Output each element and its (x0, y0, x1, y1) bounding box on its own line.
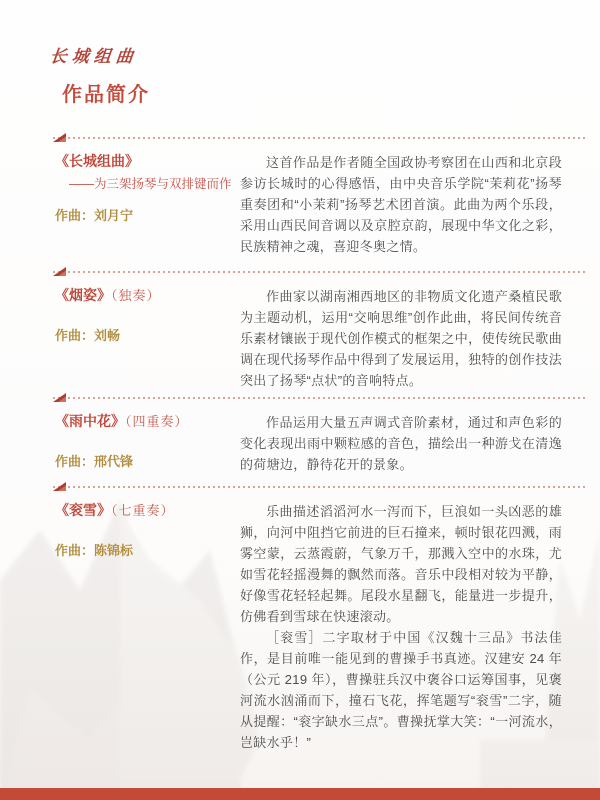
work-subtitle: ——为三架扬琴与双排键而作 (55, 176, 240, 192)
brand-logo: 长城组曲 (49, 42, 140, 67)
corner-mark-icon (53, 393, 67, 403)
work-ensemble-label: （四重奏） (125, 414, 189, 429)
description-paragraph: 乐曲描述滔滔河水一泻而下，巨浪如一头凶恶的雄狮，向河中阻挡它前进的巨石撞来，顿时… (240, 501, 562, 627)
section-divider (53, 486, 585, 488)
work-description: 这首作品是作者随全国政协考察团在山西和北京段参访长城时的心得感悟，由中央音乐学院… (240, 152, 585, 257)
corner-mark-icon (53, 482, 67, 492)
work-description: 作曲家以湖南湘西地区的非物质文化遗产桑植民歌为主题动机，运用“交响思维”创作此曲… (240, 286, 585, 391)
section-divider (53, 397, 585, 399)
work-section-changcheng-zuqu: 《长城组曲》 ——为三架扬琴与双排键而作 作曲：刘月宁 这首作品是作者随全国政协… (53, 137, 585, 271)
description-paragraph: ［衮雪］二字取材于中国《汉魏十三品》书法佳作，是目前唯一能见到的曹操手书真迹。汉… (240, 627, 562, 753)
work-description: 乐曲描述滔滔河水一泻而下，巨浪如一头凶恶的雄狮，向河中阻挡它前进的巨石撞来，顿时… (240, 501, 585, 753)
composer-label: 作曲：刘月宁 (55, 205, 240, 224)
work-description: 作品运用大量五声调式音阶素材，通过和声色彩的变化表现出雨中颗粒感的音色，描绘出一… (240, 412, 585, 475)
work-ensemble-label: （七重奏） (111, 503, 175, 518)
program-page: 长城组曲 作品简介 《长城组曲》 ——为三架扬琴与双排键而作 作曲：刘月宁 这首… (0, 0, 600, 800)
work-section-yuzhonghua: 《雨中花》（四重奏） 作曲：邢代锋 作品运用大量五声调式音阶素材，通过和声色彩的… (53, 397, 585, 486)
section-divider (53, 271, 585, 273)
section-divider (53, 137, 585, 139)
page-title: 作品简介 (62, 78, 150, 107)
corner-mark-icon (53, 267, 67, 277)
footer-accent-bar (0, 788, 600, 800)
composer-label: 作曲：邢代锋 (55, 451, 240, 470)
description-paragraph: 作品运用大量五声调式音阶素材，通过和声色彩的变化表现出雨中颗粒感的音色，描绘出一… (240, 412, 562, 475)
composer-label: 作曲：刘畅 (55, 325, 240, 344)
work-ensemble-label: （独奏） (111, 288, 161, 303)
composer-label: 作曲：陈锦标 (55, 540, 240, 559)
description-paragraph: 这首作品是作者随全国政协考察团在山西和北京段参访长城时的心得感悟，由中央音乐学院… (240, 152, 562, 257)
work-title: 《雨中花》（四重奏） (55, 412, 240, 431)
works-list: 《长城组曲》 ——为三架扬琴与双排键而作 作曲：刘月宁 这首作品是作者随全国政协… (53, 137, 585, 759)
work-title: 《长城组曲》 (55, 152, 240, 171)
work-section-gunxue: 《衮雪》（七重奏） 作曲：陈锦标 乐曲描述滔滔河水一泻而下，巨浪如一头凶恶的雄狮… (53, 486, 585, 759)
work-title: 《衮雪》（七重奏） (55, 501, 240, 520)
work-title: 《烟姿》（独奏） (55, 286, 240, 305)
corner-mark-icon (53, 133, 67, 143)
work-section-yanzi: 《烟姿》（独奏） 作曲：刘畅 作曲家以湖南湘西地区的非物质文化遗产桑植民歌为主题… (53, 271, 585, 397)
description-paragraph: 作曲家以湖南湘西地区的非物质文化遗产桑植民歌为主题动机，运用“交响思维”创作此曲… (240, 286, 562, 391)
